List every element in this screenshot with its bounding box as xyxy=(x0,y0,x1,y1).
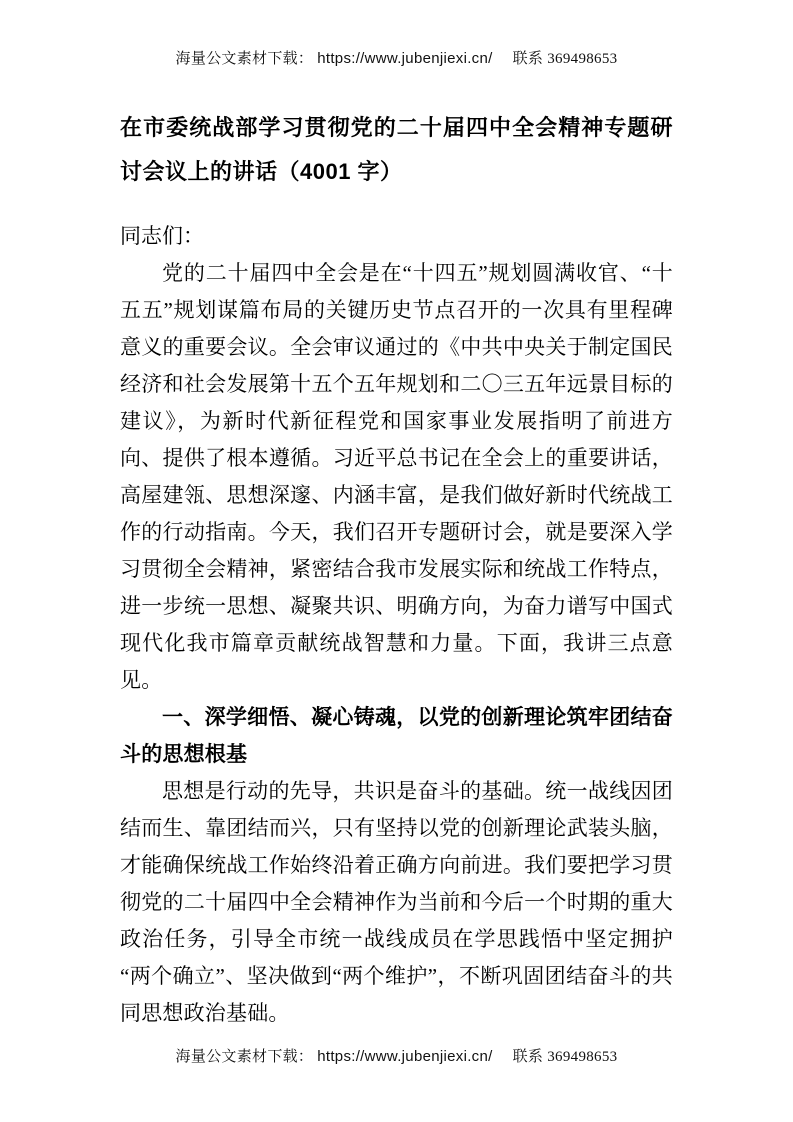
intro-paragraph: 党的二十届四中全会是在“十四五”规划圆满收官、“十五五”规划谋篇布局的关键历史节… xyxy=(120,255,673,699)
salutation-line: 同志们： xyxy=(120,218,673,255)
footer-url-text: https://www.jubenjiexi.cn/ xyxy=(317,1048,492,1065)
document-page: 海量公文素材下载：https://www.jubenjiexi.cn/联系 36… xyxy=(0,0,793,1122)
document-title: 在市委统战部学习贯彻党的二十届四中全会精神专题研讨会议上的讲话（4001 字） xyxy=(120,106,673,194)
footer-contact-text: 联系 369498653 xyxy=(513,1049,618,1065)
footer-download-label: 海量公文素材下载： xyxy=(176,1049,314,1065)
section-1-paragraph: 思想是行动的先导，共识是奋斗的基础。统一战线因团结而生、靠团结而兴，只有坚持以党… xyxy=(120,773,673,1032)
header-url-text: https://www.jubenjiexi.cn/ xyxy=(317,50,492,67)
page-footer: 海量公文素材下载：https://www.jubenjiexi.cn/联系 36… xyxy=(0,1045,793,1066)
page-header: 海量公文素材下载：https://www.jubenjiexi.cn/联系 36… xyxy=(0,0,793,68)
header-contact-text: 联系 369498653 xyxy=(513,51,618,67)
header-download-label: 海量公文素材下载： xyxy=(176,51,314,67)
section-heading-1: 一、深学细悟、凝心铸魂，以党的创新理论筑牢团结奋斗的思想根基 xyxy=(120,699,673,773)
document-content: 在市委统战部学习贯彻党的二十届四中全会精神专题研讨会议上的讲话（4001 字） … xyxy=(120,106,673,1032)
